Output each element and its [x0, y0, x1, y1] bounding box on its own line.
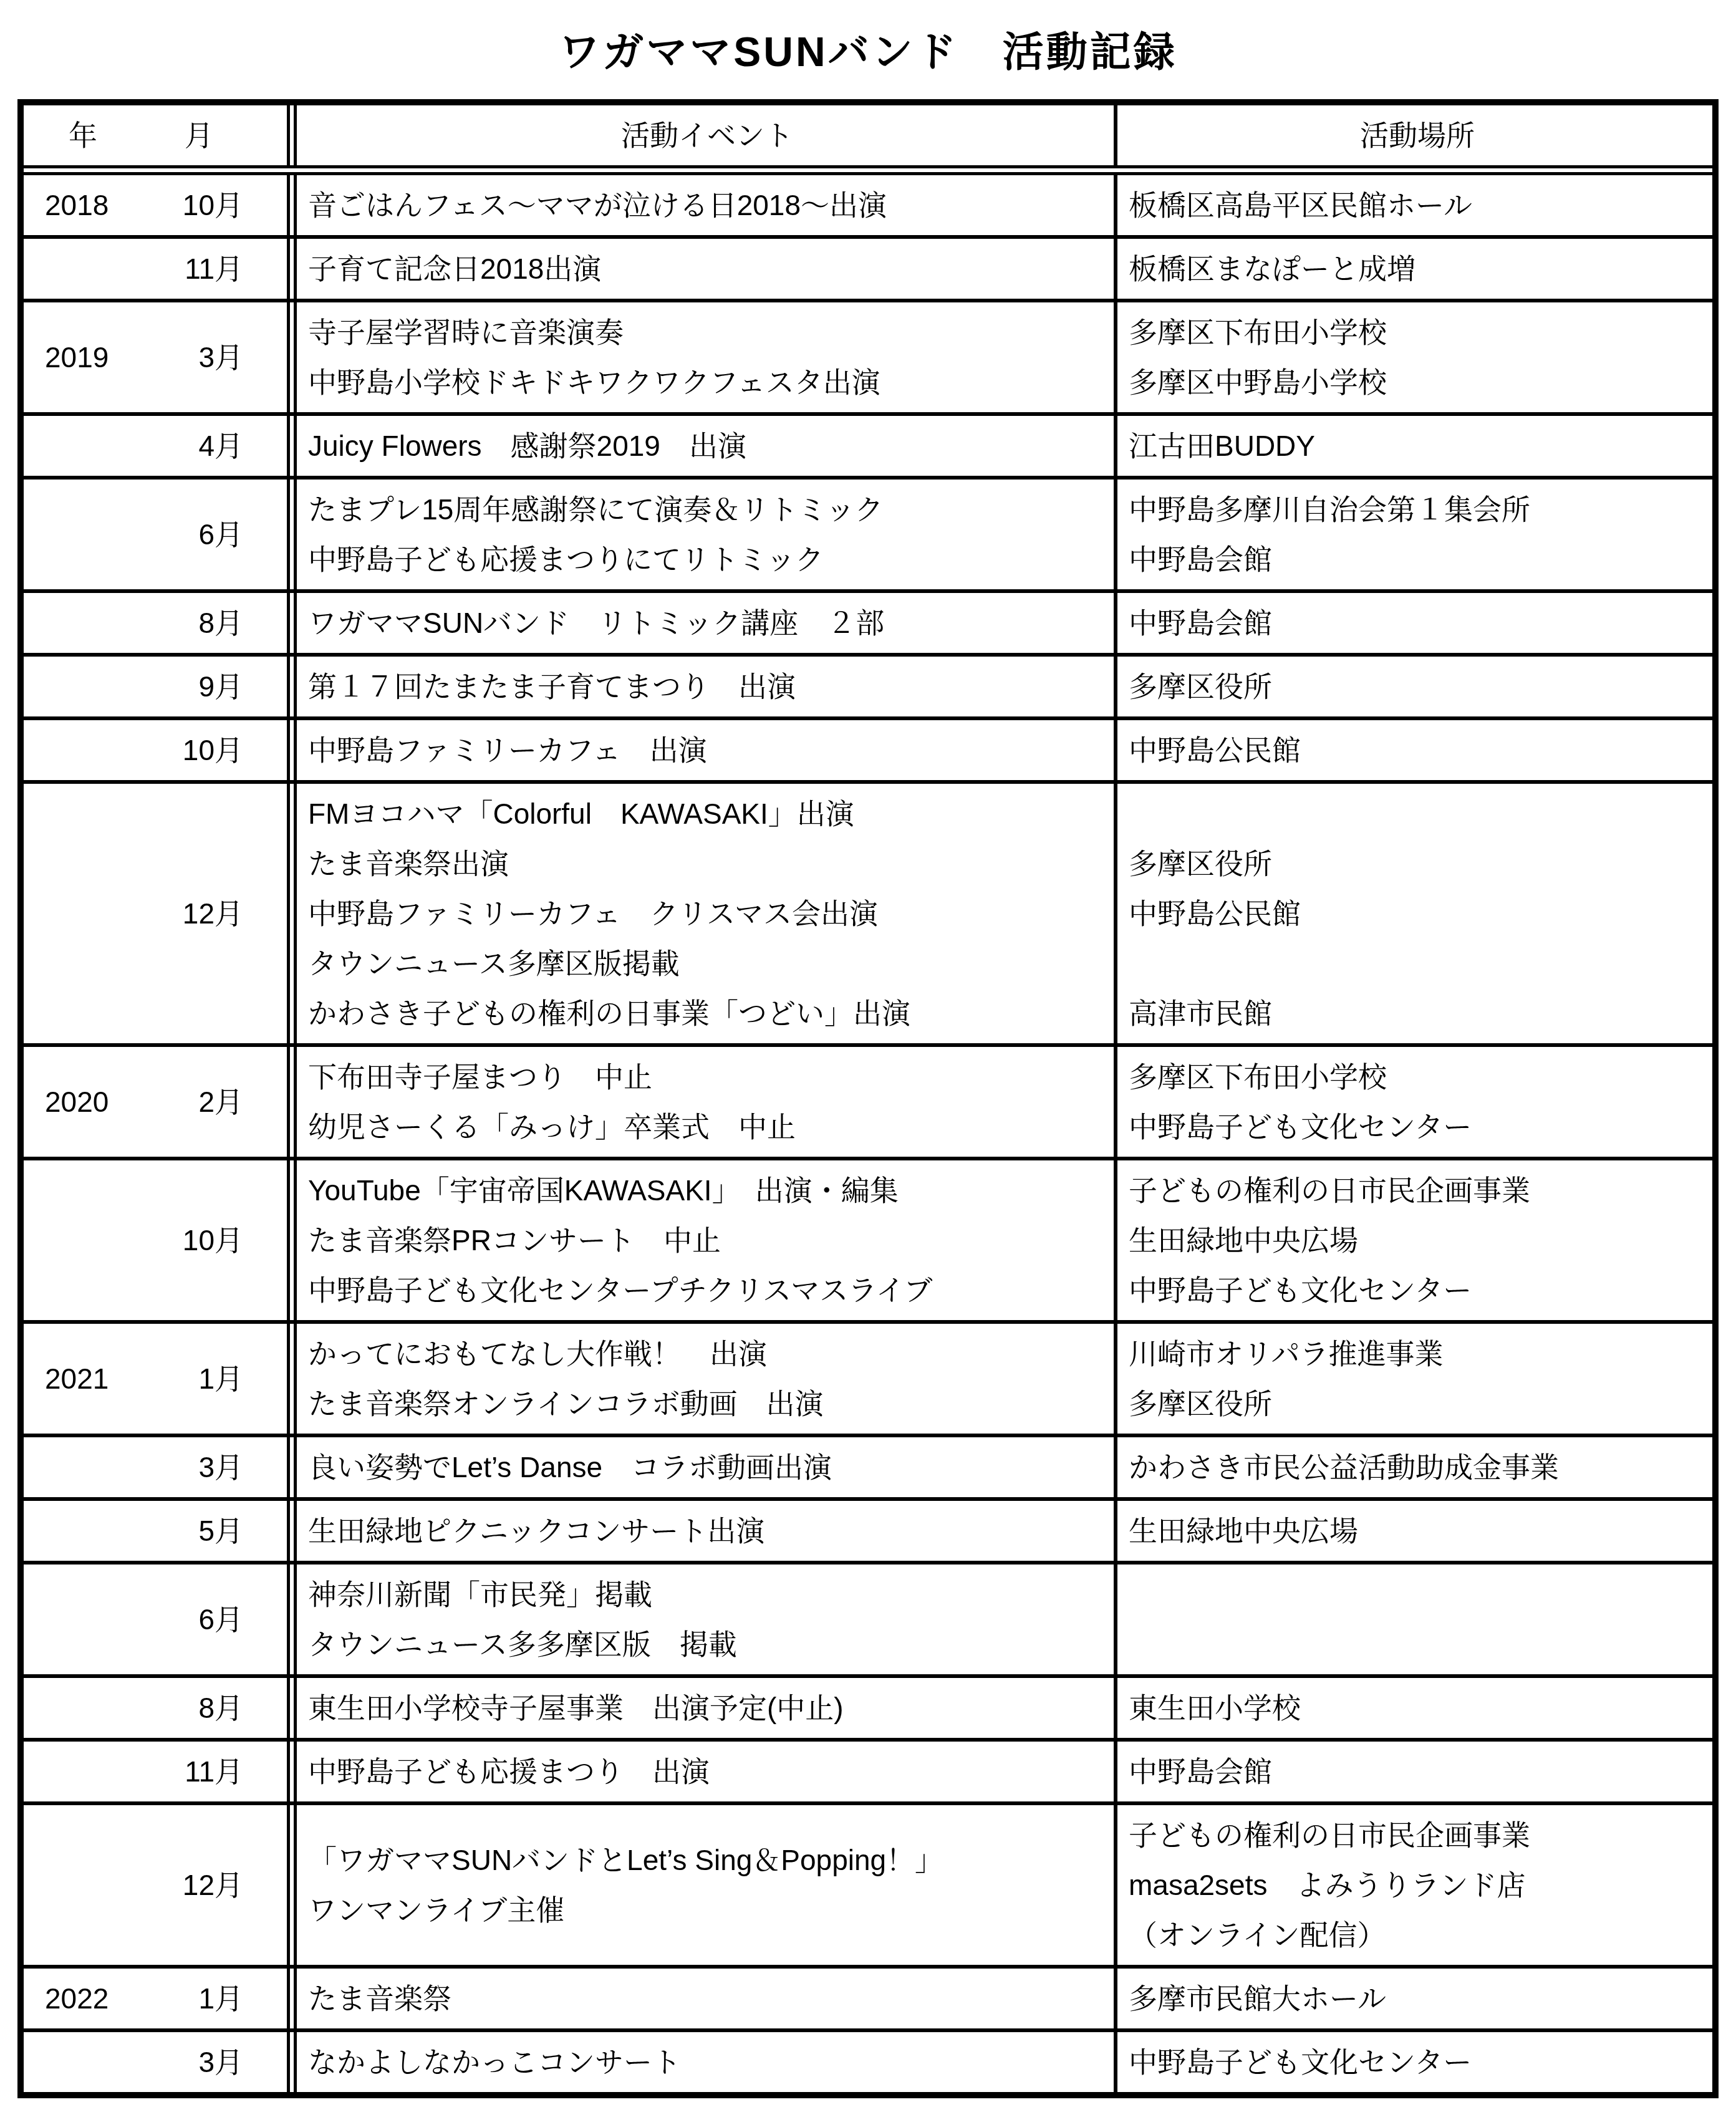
event-line: ワンマンライブ主催	[308, 1885, 1106, 1935]
event-cell: YouTube「宇宙帝国KAWASAKI」 出演・編集たま音楽祭PRコンサート …	[297, 1160, 1117, 1320]
location-line: 中野島会館	[1129, 1747, 1706, 1796]
event-line: タウンニュース多摩区版掲載	[308, 938, 1106, 988]
event-cell: FMヨコハマ「Colorful KAWASAKI」出演たま音楽祭出演中野島ファミ…	[297, 784, 1117, 1043]
event-line: 幼児さーくる「みっけ」卒業式 中止	[308, 1102, 1106, 1152]
month-cell: 8月	[198, 1683, 243, 1733]
table-row: 5月生田緑地ピクニックコンサート出演生田緑地中央広場	[24, 1501, 1712, 1564]
year-month-cell: 8月	[24, 1678, 297, 1738]
month-cell: 3月	[198, 1442, 243, 1492]
location-line: 高津市民館	[1129, 988, 1706, 1038]
table-row: 201810月音ごはんフェス～ママが泣ける日2018～出演板橋区高島平区民館ホー…	[24, 175, 1712, 239]
location-line: 江古田BUDDY	[1129, 421, 1706, 471]
event-line: 中野島子ども応援まつりにてリトミック	[308, 534, 1106, 584]
event-cell: 寺子屋学習時に音楽演奏中野島小学校ドキドキワクワクフェスタ出演	[297, 302, 1117, 412]
table-body: 201810月音ごはんフェス～ママが泣ける日2018～出演板橋区高島平区民館ホー…	[24, 175, 1712, 2092]
location-cell	[1117, 1564, 1712, 1674]
event-line: かってにおもてなし大作戦！ 出演	[308, 1329, 1106, 1379]
event-line: 中野島子ども応援まつり 出演	[308, 1747, 1106, 1796]
table-row: 12月FMヨコハマ「Colorful KAWASAKI」出演たま音楽祭出演中野島…	[24, 784, 1712, 1047]
month-cell: 3月	[198, 2037, 243, 2087]
location-line: 生田緑地中央広場	[1129, 1506, 1706, 1556]
event-cell: Juicy Flowers 感謝祭2019 出演	[297, 416, 1117, 476]
month-cell: 9月	[198, 662, 243, 711]
event-line: ワガママSUNバンド リトミック講座 ２部	[308, 598, 1106, 648]
month-cell: 11月	[185, 244, 243, 294]
month-cell: 10月	[183, 725, 243, 775]
month-cell: 2月	[198, 1077, 243, 1127]
year-month-cell: 20211月	[24, 1324, 297, 1434]
location-cell: 板橋区高島平区民館ホール	[1117, 175, 1712, 235]
year-month-cell: 3月	[24, 2032, 297, 2092]
location-cell: 生田緑地中央広場	[1117, 1501, 1712, 1561]
location-cell: 多摩区役所中野島公民館 高津市民館	[1117, 784, 1712, 1043]
year-month-cell: 12月	[24, 784, 297, 1043]
year-month-cell: 10月	[24, 720, 297, 780]
event-cell: かってにおもてなし大作戦！ 出演たま音楽祭オンラインコラボ動画 出演	[297, 1324, 1117, 1434]
location-line: 中野島多摩川自治会第１集会所	[1129, 485, 1706, 534]
location-cell: 多摩市民館大ホール	[1117, 1969, 1712, 2028]
year-month-cell: 10月	[24, 1160, 297, 1320]
location-line: 中野島会館	[1129, 598, 1706, 648]
year-cell	[45, 1506, 53, 1556]
location-line: 川崎市オリパラ推進事業	[1129, 1329, 1706, 1379]
table-row: 20211月かってにおもてなし大作戦！ 出演たま音楽祭オンラインコラボ動画 出演…	[24, 1324, 1712, 1437]
month-cell: 11月	[185, 1747, 243, 1796]
location-cell: 中野島子ども文化センター	[1117, 2032, 1712, 2092]
year-cell: 2020	[45, 1077, 109, 1127]
table-row: 11月子育て記念日2018出演板橋区まなぽーと成増	[24, 239, 1712, 302]
event-cell: 生田緑地ピクニックコンサート出演	[297, 1501, 1117, 1561]
year-cell	[45, 725, 53, 775]
year-cell: 2022	[45, 1974, 109, 2023]
location-line: 多摩区役所	[1129, 1379, 1706, 1429]
event-line: YouTube「宇宙帝国KAWASAKI」 出演・編集	[308, 1165, 1106, 1215]
location-line: masa2sets よみうりランド店	[1129, 1860, 1706, 1910]
location-line: 多摩区下布田小学校	[1129, 1052, 1706, 1102]
event-line: タウンニュース多多摩区版 掲載	[308, 1619, 1106, 1669]
event-cell: 下布田寺子屋まつり 中止幼児さーくる「みっけ」卒業式 中止	[297, 1047, 1117, 1157]
event-line: 「ワガママSUNバンドとLet’s Sing＆Popping！」	[308, 1835, 1106, 1885]
event-line: 中野島ファミリーカフェ クリスマス会出演	[308, 889, 1106, 938]
month-cell: 3月	[198, 332, 243, 382]
year-month-cell: 9月	[24, 657, 297, 716]
header-row: 年 月 活動イベント 活動場所	[24, 105, 1712, 175]
year-cell	[45, 1594, 53, 1644]
location-line: 多摩区中野島小学校	[1129, 357, 1706, 407]
table-row: 8月ワガママSUNバンド リトミック講座 ２部中野島会館	[24, 593, 1712, 657]
location-line: 多摩区役所	[1129, 662, 1706, 711]
month-cell: 4月	[198, 421, 243, 471]
year-cell	[45, 1442, 53, 1492]
event-cell: 良い姿勢でLet’s Danse コラボ動画出演	[297, 1437, 1117, 1497]
event-cell: 子育て記念日2018出演	[297, 239, 1117, 299]
year-cell	[45, 2037, 53, 2087]
year-month-cell: 4月	[24, 416, 297, 476]
activity-table: 年 月 活動イベント 活動場所 201810月音ごはんフェス～ママが泣ける日20…	[17, 99, 1719, 2098]
table-row: 8月東生田小学校寺子屋事業 出演予定(中止)東生田小学校	[24, 1678, 1712, 1742]
location-line: 中野島公民館	[1129, 725, 1706, 775]
year-month-cell: 20221月	[24, 1969, 297, 2028]
year-cell: 2018	[45, 180, 109, 230]
location-cell: 板橋区まなぽーと成増	[1117, 239, 1712, 299]
year-month-cell: 20193月	[24, 302, 297, 412]
page-title: ワガママSUNバンド 活動記録	[0, 0, 1736, 99]
year-cell	[45, 1683, 53, 1733]
location-cell: 中野島会館	[1117, 1742, 1712, 1801]
location-line: 板橋区まなぽーと成増	[1129, 244, 1706, 294]
year-cell	[45, 509, 53, 559]
event-line: 中野島ファミリーカフェ 出演	[308, 725, 1106, 775]
location-line: 中野島会館	[1129, 534, 1706, 584]
location-line	[1129, 789, 1706, 839]
event-line: たまプレ15周年感謝祭にて演奏＆リトミック	[308, 485, 1106, 534]
event-cell: 神奈川新聞「市民発」掲載タウンニュース多多摩区版 掲載	[297, 1564, 1117, 1674]
month-cell: 12月	[183, 889, 243, 938]
table-row: 20193月寺子屋学習時に音楽演奏中野島小学校ドキドキワクワクフェスタ出演多摩区…	[24, 302, 1712, 416]
event-line: 生田緑地ピクニックコンサート出演	[308, 1506, 1106, 1556]
year-month-cell: 3月	[24, 1437, 297, 1497]
event-line: なかよしなかっこコンサート	[308, 2037, 1106, 2087]
document-page: ワガママSUNバンド 活動記録 年 月 活動イベント 活動場所 201810月音…	[0, 0, 1736, 2102]
location-line: 多摩区役所	[1129, 839, 1706, 889]
table-row: 10月中野島ファミリーカフェ 出演中野島公民館	[24, 720, 1712, 784]
location-line: 東生田小学校	[1129, 1683, 1706, 1733]
table-row: 9月第１７回たまたま子育てまつり 出演多摩区役所	[24, 657, 1712, 720]
event-line: 子育て記念日2018出演	[308, 244, 1106, 294]
event-line: たま音楽祭PRコンサート 中止	[308, 1215, 1106, 1265]
year-cell: 2019	[45, 332, 109, 382]
column-header-month: 月	[185, 110, 213, 160]
column-header-location: 活動場所	[1117, 105, 1712, 165]
location-line: 子どもの権利の日市民企画事業	[1129, 1810, 1706, 1860]
location-cell: 江古田BUDDY	[1117, 416, 1712, 476]
table-row: 20202月下布田寺子屋まつり 中止幼児さーくる「みっけ」卒業式 中止多摩区下布…	[24, 1047, 1712, 1160]
table-row: 6月神奈川新聞「市民発」掲載タウンニュース多多摩区版 掲載	[24, 1564, 1712, 1678]
event-line: 中野島小学校ドキドキワクワクフェスタ出演	[308, 357, 1106, 407]
year-cell: 2021	[45, 1354, 109, 1404]
event-cell: たまプレ15周年感謝祭にて演奏＆リトミック中野島子ども応援まつりにてリトミック	[297, 480, 1117, 589]
location-line: 中野島子ども文化センター	[1129, 1102, 1706, 1152]
event-line: 音ごはんフェス～ママが泣ける日2018～出演	[308, 180, 1106, 230]
year-month-cell: 8月	[24, 593, 297, 653]
month-cell: 1月	[198, 1974, 243, 2023]
event-cell: ワガママSUNバンド リトミック講座 ２部	[297, 593, 1117, 653]
location-line: 多摩市民館大ホール	[1129, 1974, 1706, 2023]
location-line: かわさき市民公益活動助成金事業	[1129, 1442, 1706, 1492]
year-month-cell: 6月	[24, 480, 297, 589]
year-month-cell: 11月	[24, 1742, 297, 1801]
location-cell: 多摩区下布田小学校中野島子ども文化センター	[1117, 1047, 1712, 1157]
year-cell	[45, 244, 53, 294]
event-cell: 第１７回たまたま子育てまつり 出演	[297, 657, 1117, 716]
table-row: 3月良い姿勢でLet’s Danse コラボ動画出演かわさき市民公益活動助成金事…	[24, 1437, 1712, 1501]
year-cell	[45, 1215, 53, 1265]
table-row: 11月中野島子ども応援まつり 出演中野島会館	[24, 1742, 1712, 1805]
event-line: 良い姿勢でLet’s Danse コラボ動画出演	[308, 1442, 1106, 1492]
event-cell: 中野島子ども応援まつり 出演	[297, 1742, 1117, 1801]
event-line: 東生田小学校寺子屋事業 出演予定(中止)	[308, 1683, 1106, 1733]
year-cell	[45, 662, 53, 711]
month-cell: 6月	[198, 1594, 243, 1644]
table-row: 10月YouTube「宇宙帝国KAWASAKI」 出演・編集たま音楽祭PRコンサ…	[24, 1160, 1712, 1324]
column-header-year: 年	[69, 110, 97, 160]
table-row: 4月Juicy Flowers 感謝祭2019 出演江古田BUDDY	[24, 416, 1712, 480]
location-line: 子どもの権利の日市民企画事業	[1129, 1165, 1706, 1215]
location-cell: 子どもの権利の日市民企画事業生田緑地中央広場中野島子ども文化センター	[1117, 1160, 1712, 1320]
location-cell: 子どもの権利の日市民企画事業masa2sets よみうりランド店（オンライン配信…	[1117, 1805, 1712, 1965]
event-line: たま音楽祭オンラインコラボ動画 出演	[308, 1379, 1106, 1429]
location-line: 中野島子ども文化センター	[1129, 1265, 1706, 1315]
year-cell	[45, 421, 53, 471]
table-row: 20221月たま音楽祭多摩市民館大ホール	[24, 1969, 1712, 2032]
event-line: 中野島子ども文化センタープチクリスマスライブ	[308, 1265, 1106, 1315]
table-row: 3月なかよしなかっこコンサート中野島子ども文化センター	[24, 2032, 1712, 2092]
location-line	[1129, 1569, 1706, 1619]
location-line: 板橋区高島平区民館ホール	[1129, 180, 1706, 230]
year-month-cell: 12月	[24, 1805, 297, 1965]
month-cell: 1月	[198, 1354, 243, 1404]
table-row: 6月たまプレ15周年感謝祭にて演奏＆リトミック中野島子ども応援まつりにてリトミッ…	[24, 480, 1712, 593]
month-cell: 10月	[183, 180, 243, 230]
year-cell	[45, 1747, 53, 1796]
location-cell: かわさき市民公益活動助成金事業	[1117, 1437, 1712, 1497]
year-month-cell: 5月	[24, 1501, 297, 1561]
location-line	[1129, 1619, 1706, 1669]
event-line: 下布田寺子屋まつり 中止	[308, 1052, 1106, 1102]
location-cell: 川崎市オリパラ推進事業多摩区役所	[1117, 1324, 1712, 1434]
location-line	[1129, 938, 1706, 988]
month-cell: 12月	[183, 1860, 243, 1910]
location-line: 中野島子ども文化センター	[1129, 2037, 1706, 2087]
month-cell: 8月	[198, 598, 243, 648]
column-header-event: 活動イベント	[297, 105, 1117, 165]
event-cell: 「ワガママSUNバンドとLet’s Sing＆Popping！」ワンマンライブ主…	[297, 1805, 1117, 1965]
event-cell: 中野島ファミリーカフェ 出演	[297, 720, 1117, 780]
month-cell: 6月	[198, 509, 243, 559]
table-row: 12月「ワガママSUNバンドとLet’s Sing＆Popping！」ワンマンラ…	[24, 1805, 1712, 1969]
event-line: FMヨコハマ「Colorful KAWASAKI」出演	[308, 789, 1106, 839]
year-cell	[45, 598, 53, 648]
event-cell: なかよしなかっこコンサート	[297, 2032, 1117, 2092]
event-cell: 音ごはんフェス～ママが泣ける日2018～出演	[297, 175, 1117, 235]
location-cell: 多摩区下布田小学校多摩区中野島小学校	[1117, 302, 1712, 412]
location-cell: 中野島会館	[1117, 593, 1712, 653]
event-line: Juicy Flowers 感謝祭2019 出演	[308, 421, 1106, 471]
month-cell: 5月	[198, 1506, 243, 1556]
location-line: 中野島公民館	[1129, 889, 1706, 938]
location-cell: 多摩区役所	[1117, 657, 1712, 716]
event-line: かわさき子どもの権利の日事業「つどい」出演	[308, 988, 1106, 1038]
year-month-cell: 201810月	[24, 175, 297, 235]
event-line: 神奈川新聞「市民発」掲載	[308, 1569, 1106, 1619]
year-cell	[45, 889, 53, 938]
header-year-month-cell: 年 月	[24, 105, 297, 165]
location-cell: 中野島多摩川自治会第１集会所中野島会館	[1117, 480, 1712, 589]
event-line: たま音楽祭出演	[308, 839, 1106, 889]
event-cell: たま音楽祭	[297, 1969, 1117, 2028]
month-cell: 10月	[183, 1215, 243, 1265]
year-month-cell: 20202月	[24, 1047, 297, 1157]
location-cell: 中野島公民館	[1117, 720, 1712, 780]
year-month-cell: 6月	[24, 1564, 297, 1674]
location-line: （オンライン配信）	[1129, 1910, 1706, 1960]
location-cell: 東生田小学校	[1117, 1678, 1712, 1738]
event-cell: 東生田小学校寺子屋事業 出演予定(中止)	[297, 1678, 1117, 1738]
year-month-cell: 11月	[24, 239, 297, 299]
location-line: 多摩区下布田小学校	[1129, 307, 1706, 357]
event-line: たま音楽祭	[308, 1974, 1106, 2023]
year-cell	[45, 1860, 53, 1910]
location-line: 生田緑地中央広場	[1129, 1215, 1706, 1265]
event-line: 第１７回たまたま子育てまつり 出演	[308, 662, 1106, 711]
event-line: 寺子屋学習時に音楽演奏	[308, 307, 1106, 357]
